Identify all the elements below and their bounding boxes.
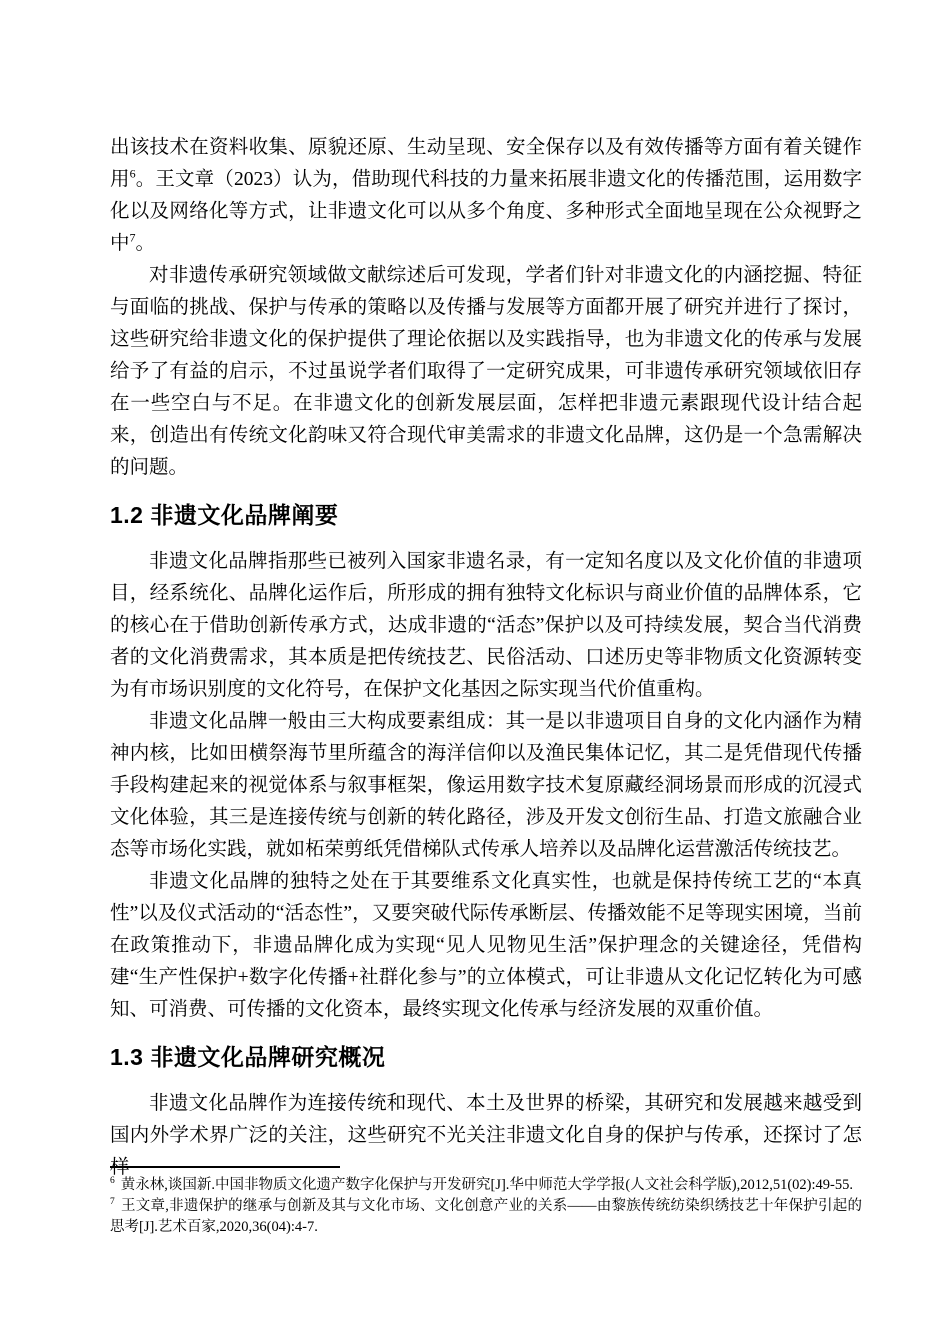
footnote-separator-line <box>110 1166 340 1168</box>
footnote-6-text: 黄永林,谈国新.中国非物质文化遗产数字化保护与开发研究[J].华中师范大学学报(… <box>121 1177 853 1193</box>
paragraph-literature-review: 对非遗传承研究领域做文献综述后可发现，学者们针对非遗文化的内涵挖掘、特征与面临的… <box>110 260 862 484</box>
footnote-7-text: 王文章,非遗保护的继承与创新及其与文化市场、文化创意产业的关系——由黎族传统纺染… <box>110 1198 862 1235</box>
section-heading-1-2: 1.2 非遗文化品牌阐要 <box>110 500 862 530</box>
paragraph-text: 。 <box>136 233 156 254</box>
document-page: { "page": { "background_color": "#ffffff… <box>0 0 950 1344</box>
footnote-6-marker: 6 <box>110 1176 115 1186</box>
paragraph-brand-definition: 非遗文化品牌指那些已被列入国家非遗名录，有一定知名度以及文化价值的非遗项目，经系… <box>110 546 862 706</box>
document-body: 出该技术在资料收集、原貌还原、生动呈现、安全保存以及有效传播等方面有着关键作用6… <box>110 132 862 1184</box>
section-heading-1-3: 1.3 非遗文化品牌研究概况 <box>110 1042 862 1072</box>
paragraph-brand-elements: 非遗文化品牌一般由三大构成要素组成：其一是以非遗项目自身的文化内涵作为精神内核，… <box>110 706 862 866</box>
page-background: 出该技术在资料收集、原貌还原、生动呈现、安全保存以及有效传播等方面有着关键作用6… <box>0 0 950 1344</box>
footnote-7-marker: 7 <box>110 1197 115 1207</box>
footnote-7: 7王文章,非遗保护的继承与创新及其与文化市场、文化创意产业的关系——由黎族传统纺… <box>110 1196 862 1238</box>
paragraph-text: 。王文章（2023）认为，借助现代科技的力量来拓展非遗文化的传播范围，运用数字化… <box>110 169 862 254</box>
footnotes-area: 6黄永林,谈国新.中国非物质文化遗产数字化保护与开发研究[J].华中师范大学学报… <box>110 1166 862 1238</box>
footnote-6: 6黄永林,谈国新.中国非物质文化遗产数字化保护与开发研究[J].华中师范大学学报… <box>110 1175 862 1196</box>
paragraph-brand-uniqueness: 非遗文化品牌的独特之处在于其要维系文化真实性，也就是保持传统工艺的“本真性”以及… <box>110 866 862 1026</box>
paragraph-intro-continuation: 出该技术在资料收集、原貌还原、生动呈现、安全保存以及有效传播等方面有着关键作用6… <box>110 132 862 260</box>
